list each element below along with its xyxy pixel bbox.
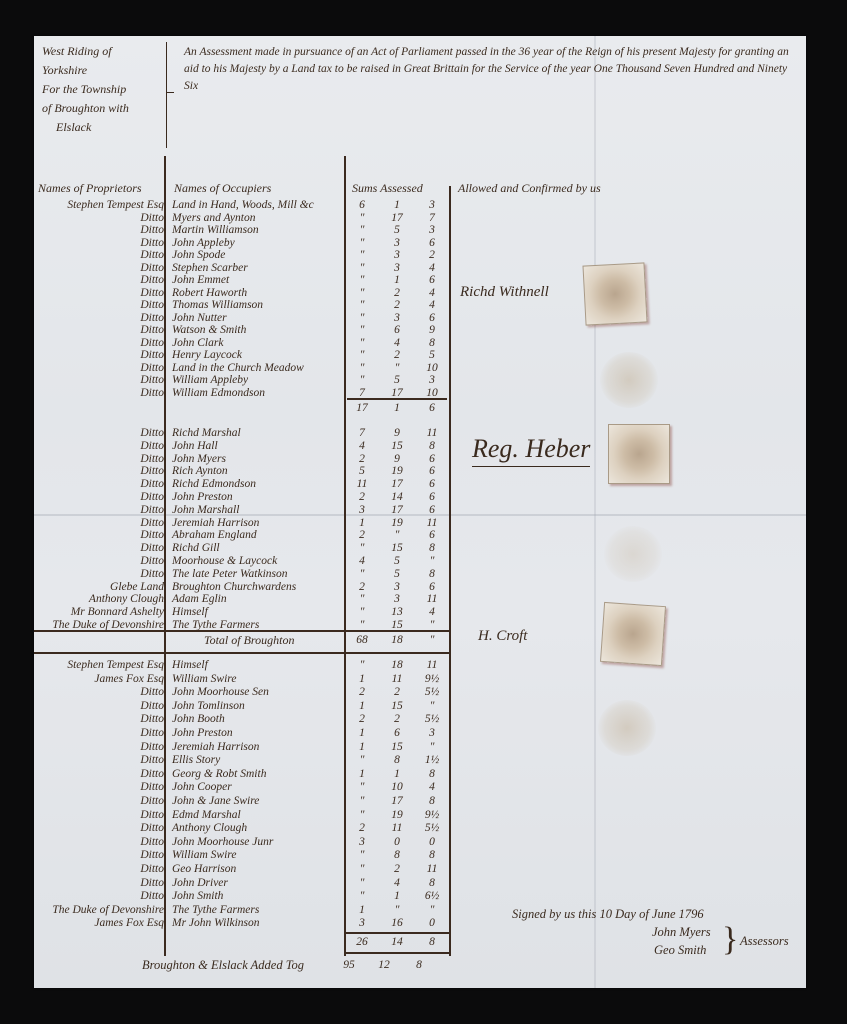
- proprietor-name: Ditto: [38, 386, 164, 401]
- county-line: Elslack: [42, 118, 129, 137]
- wax-seal: [608, 424, 670, 484]
- shillings: 14: [382, 935, 412, 950]
- total-rule-bottom: [34, 652, 450, 654]
- wax-seal: [600, 602, 666, 666]
- pence: ": [417, 633, 447, 648]
- assessor-brace: }: [722, 920, 738, 960]
- assessor-name: Geo Smith: [654, 940, 706, 960]
- grand-total-label: Broughton & Elslack Added Tog: [142, 958, 304, 973]
- pence: 8: [404, 958, 434, 973]
- seal-impression-ghost: [598, 700, 656, 756]
- total-broughton-sum: 68 18 ": [347, 633, 447, 648]
- subtotal-rule: [347, 398, 447, 400]
- header-sums-assessed: Sums Assessed: [352, 181, 423, 196]
- county-line: of Broughton with: [42, 99, 129, 118]
- proprietor-name: James Fox Esq: [38, 916, 164, 931]
- pounds: 3: [347, 916, 377, 931]
- pounds: 17: [347, 401, 377, 416]
- fold-crease-vertical: [594, 36, 596, 988]
- column-rule-occupiers: [344, 156, 346, 956]
- county-township-heading: West Riding of Yorkshire For the Townshi…: [42, 42, 129, 137]
- assessor-role: Assessors: [740, 931, 789, 951]
- grand-total-sum: 95 12 8: [334, 958, 434, 973]
- commissioner-signature-withnell: Richd Withnell: [460, 284, 549, 301]
- county-line: Yorkshire: [42, 61, 129, 80]
- pence: 0: [417, 916, 447, 931]
- heading-brace: [166, 42, 173, 148]
- seal-impression-ghost: [604, 526, 662, 582]
- subtotal-rule-bottom: [344, 952, 450, 954]
- county-line: For the Township: [42, 80, 129, 99]
- column-rule-proprietors: [164, 156, 166, 956]
- column-rule-sums: [449, 186, 451, 956]
- heading-brace-tick: [166, 92, 174, 93]
- total-broughton-label: Total of Broughton: [204, 633, 294, 648]
- wax-seal: [582, 262, 647, 325]
- shillings: 16: [382, 916, 412, 931]
- pounds: 68: [347, 633, 377, 648]
- header-proprietors: Names of Proprietors: [38, 181, 142, 196]
- sum-assessed: 3 16 0: [347, 916, 447, 931]
- pounds: 26: [347, 935, 377, 950]
- county-line: West Riding of: [42, 42, 129, 61]
- signed-date-line: Signed by us this 10 Day of June 1796: [512, 904, 704, 924]
- occupier-name: William Edmondson: [172, 386, 342, 401]
- pounds: 95: [334, 958, 364, 973]
- shillings: 18: [382, 633, 412, 648]
- subtotal-section1: 17 1 6: [347, 401, 447, 416]
- header-allowed-confirmed: Allowed and Confirmed by us: [458, 181, 601, 196]
- pence: 6: [417, 401, 447, 416]
- commissioner-signature-heber: Reg. Heber: [472, 434, 590, 467]
- pence: 8: [417, 935, 447, 950]
- total-rule-top: [34, 630, 450, 632]
- assessor-name: John Myers: [652, 922, 711, 942]
- assessment-preamble: An Assessment made in pursuance of an Ac…: [184, 44, 794, 95]
- seal-impression-ghost: [600, 352, 658, 408]
- occupier-name: Mr John Wilkinson: [172, 916, 342, 931]
- subtotal-section3: 26 14 8: [347, 935, 447, 950]
- commissioner-signature-croft: H. Croft: [478, 628, 527, 645]
- subtotal-rule: [344, 932, 450, 934]
- land-tax-document: West Riding of Yorkshire For the Townshi…: [34, 36, 806, 988]
- shillings: 12: [369, 958, 399, 973]
- shillings: 1: [382, 401, 412, 416]
- header-occupiers: Names of Occupiers: [174, 181, 271, 196]
